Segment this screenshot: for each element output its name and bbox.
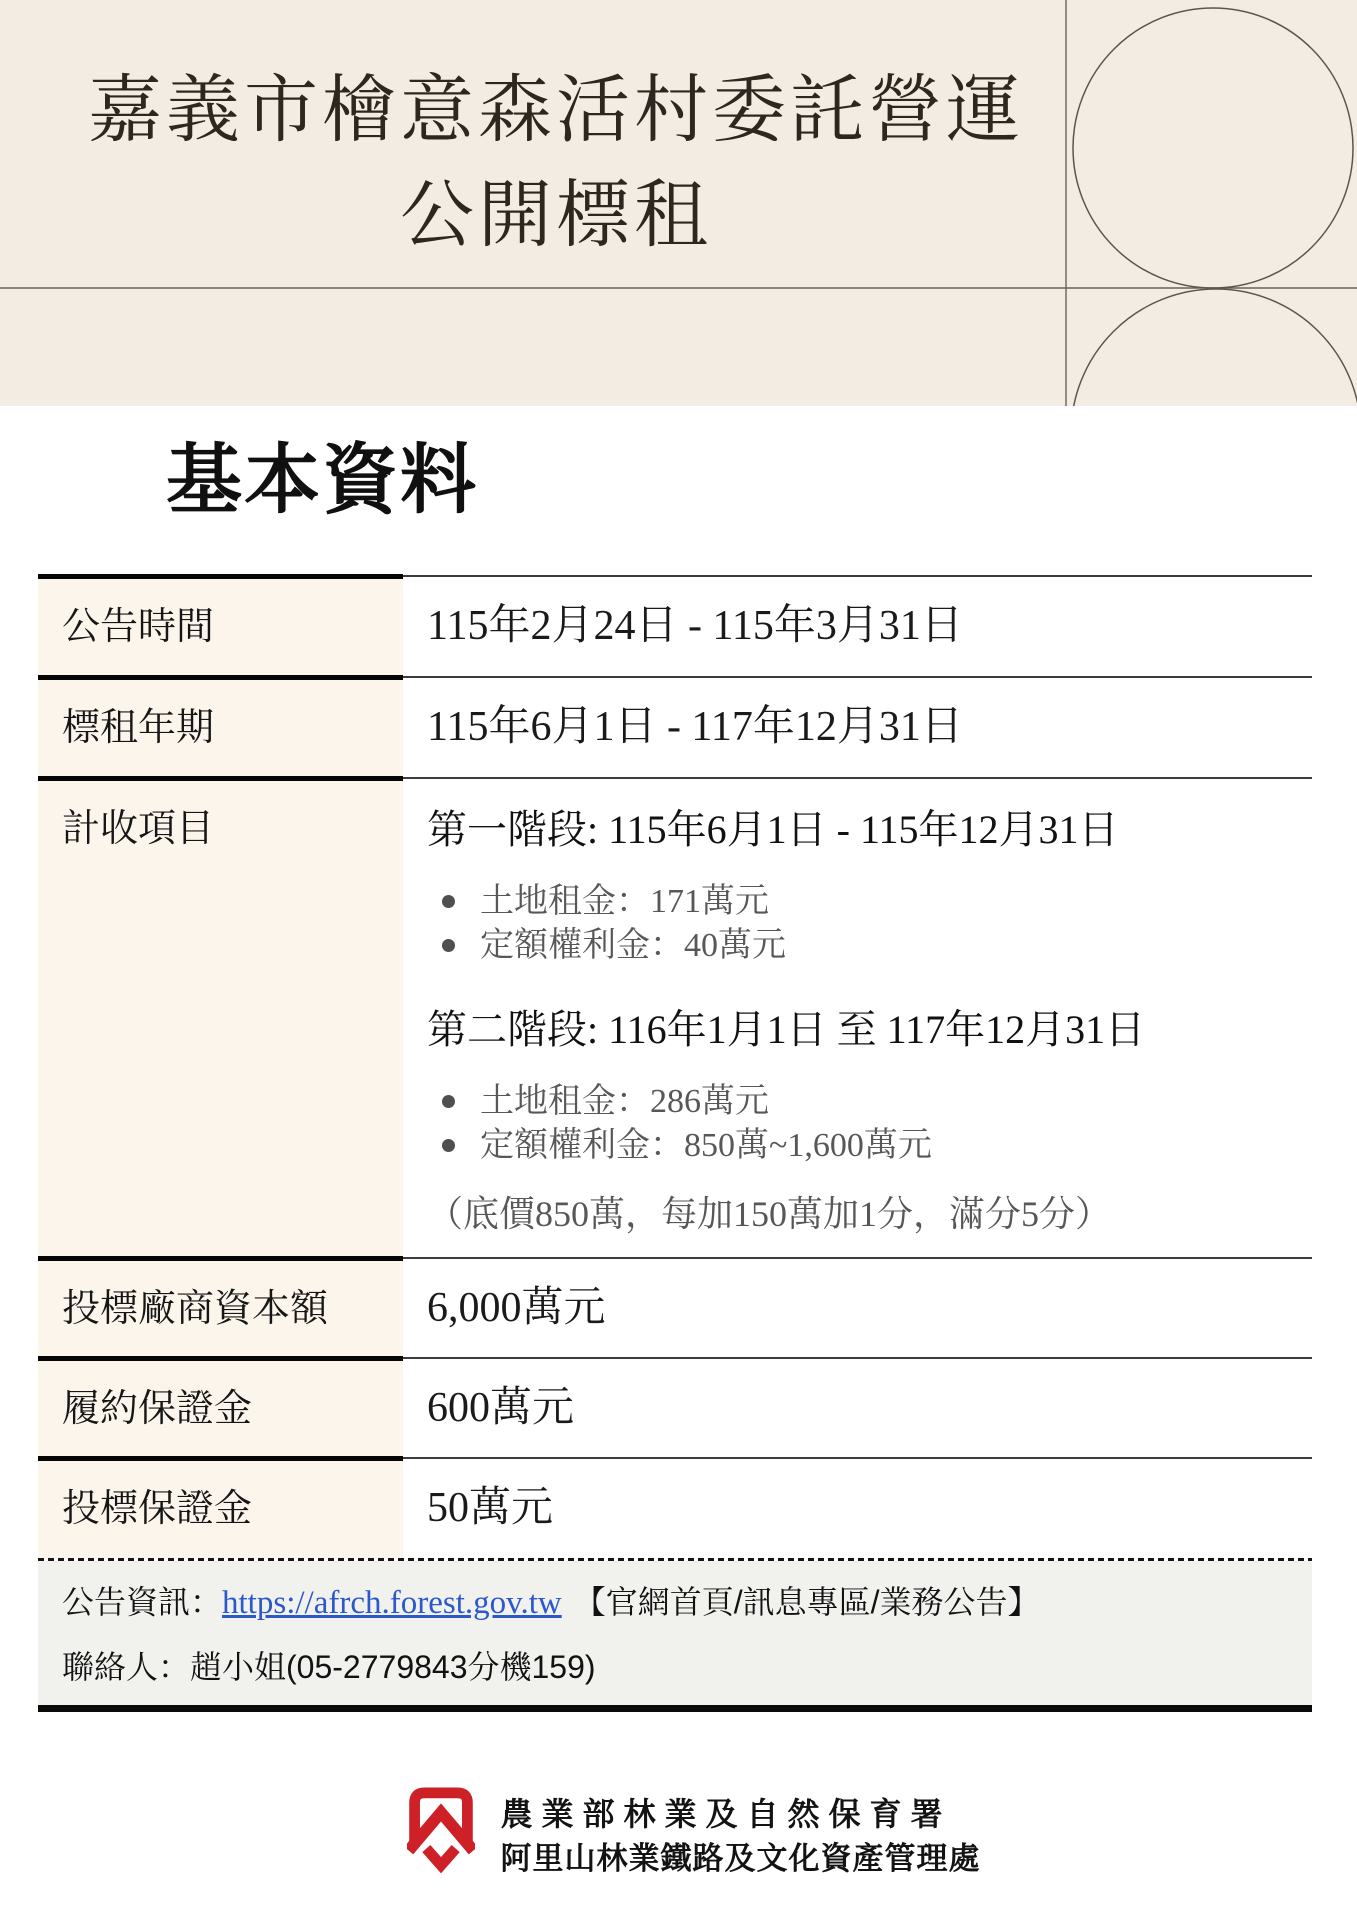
basic-info-table: 公告時間 115年2月24日 - 115年3月31日 標租年期 115年6月1日…	[38, 576, 1312, 1558]
contact-value: 趙小姐(05-2779843分機159)	[190, 1649, 596, 1685]
poster-title: 嘉義市檜意森活村委託營運 公開標租	[0, 73, 1112, 252]
agency-names: 農業部林業及自然保育署 阿里山林業鐵路及文化資產管理處	[501, 1786, 981, 1874]
row-label: 計收項目	[38, 778, 403, 1258]
poster-title-line1: 嘉義市檜意森活村委託營運	[0, 73, 1112, 147]
row-label: 標租年期	[38, 677, 403, 778]
section-heading: 基本資料	[166, 442, 478, 520]
row-value: 115年2月24日 - 115年3月31日	[427, 576, 1312, 650]
row-value: 6,000萬元	[427, 1258, 1312, 1332]
footer-info-block: 公告資訊：https://afrch.forest.gov.tw【官網首頁/訊息…	[38, 1561, 1312, 1705]
announcement-info-line: 公告資訊：https://afrch.forest.gov.tw【官網首頁/訊息…	[62, 1581, 1312, 1624]
row-value: 115年6月1日 - 117年12月31日	[427, 677, 1312, 751]
row-value: 第一階段: 115年6月1日 - 115年12月31日 土地租金：171萬元 定…	[427, 778, 1312, 1235]
list-item: 定額權利金：850萬~1,600萬元	[427, 1124, 1312, 1168]
bottom-circle-decoration	[1071, 289, 1357, 406]
contact-label: 聯絡人：	[62, 1649, 190, 1685]
list-item: 土地租金：171萬元	[427, 880, 1312, 924]
stage1-bullet-list: 土地租金：171萬元 定額權利金：40萬元	[427, 880, 1312, 968]
row-value: 600萬元	[427, 1358, 1312, 1432]
poster-title-line2: 公開標租	[0, 178, 1112, 252]
stage1-heading: 第一階段: 115年6月1日 - 115年12月31日	[427, 807, 1312, 853]
table-row: 計收項目 第一階段: 115年6月1日 - 115年12月31日 土地租金：17…	[38, 778, 1312, 1258]
list-item: 定額權利金：40萬元	[427, 924, 1312, 968]
row-label: 公告時間	[38, 576, 403, 677]
mountain-book-emblem-icon	[407, 1786, 475, 1874]
table-row: 公告時間 115年2月24日 - 115年3月31日	[38, 576, 1312, 677]
row-label: 投標廠商資本額	[38, 1258, 403, 1358]
stage2-bullet-list: 土地租金：286萬元 定額權利金：850萬~1,600萬元	[427, 1080, 1312, 1168]
top-circle-decoration	[1073, 8, 1353, 288]
row-label: 履約保證金	[38, 1358, 403, 1458]
row-label: 投標保證金	[38, 1458, 403, 1558]
list-item: 土地租金：286萬元	[427, 1080, 1312, 1124]
table-row: 投標保證金 50萬元	[38, 1458, 1312, 1558]
agency-signature: 農業部林業及自然保育署 阿里山林業鐵路及文化資產管理處	[0, 1786, 1357, 1874]
stage2-heading: 第二階段: 116年1月1日 至 117年12月31日	[427, 1007, 1312, 1053]
table-row: 投標廠商資本額 6,000萬元	[38, 1258, 1312, 1358]
stage2-note: （底價850萬，每加150萬加1分，滿分5分）	[427, 1193, 1312, 1235]
header-banner: 嘉義市檜意森活村委託營運 公開標租	[0, 0, 1357, 406]
agency-name-line1: 農業部林業及自然保育署	[501, 1798, 981, 1830]
announcement-info-label: 公告資訊：	[62, 1584, 222, 1620]
bottom-rule	[38, 1705, 1312, 1712]
agency-name-line2: 阿里山林業鐵路及文化資產管理處	[501, 1843, 981, 1874]
contact-line: 聯絡人：趙小姐(05-2779843分機159)	[62, 1646, 1312, 1688]
announcement-path: 【官網首頁/訊息專區/業務公告】	[574, 1584, 1040, 1620]
announcement-link[interactable]: https://afrch.forest.gov.tw	[222, 1585, 562, 1621]
table-row: 履約保證金 600萬元	[38, 1358, 1312, 1458]
table-row: 標租年期 115年6月1日 - 117年12月31日	[38, 677, 1312, 778]
row-value: 50萬元	[427, 1458, 1312, 1532]
